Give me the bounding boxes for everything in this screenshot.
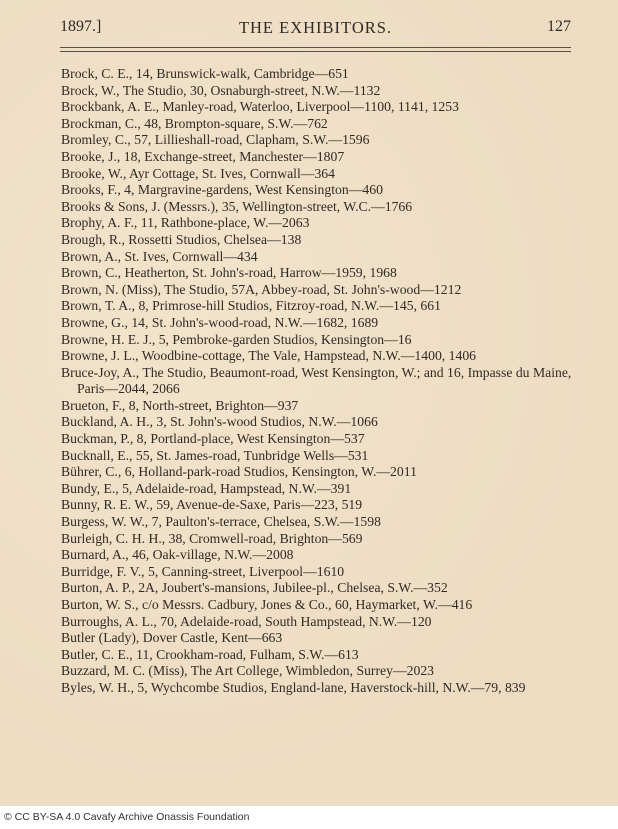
copyright-credit: © CC BY-SA 4.0 Cavafy Archive Onassis Fo… — [4, 811, 249, 823]
list-item: Burton, W. S., c/o Messrs. Cadbury, Jone… — [61, 597, 573, 614]
list-item: Brueton, F., 8, North-street, Brighton—9… — [61, 398, 573, 415]
list-item: Burroughs, A. L., 70, Adelaide-road, Sou… — [61, 614, 573, 631]
list-item: Brooks, F., 4, Margravine-gardens, West … — [61, 182, 573, 199]
list-item: Brockman, C., 48, Brompton-square, S.W.—… — [61, 116, 573, 133]
list-item: Byles, W. H., 5, Wychcombe Studios, Engl… — [61, 680, 573, 697]
list-item: Brock, W., The Studio, 30, Osnaburgh-str… — [61, 83, 573, 100]
list-item: Butler (Lady), Dover Castle, Kent—663 — [61, 630, 573, 647]
exhibitor-list: Brock, C. E., 14, Brunswick-walk, Cambri… — [61, 66, 573, 697]
list-item: Burton, A. P., 2A, Joubert's-mansions, J… — [61, 580, 573, 597]
list-item: Buckman, P., 8, Portland-place, West Ken… — [61, 431, 573, 448]
page-title: THE EXHIBITORS. — [60, 18, 571, 38]
list-item: Browne, J. L., Woodbine-cottage, The Val… — [61, 348, 573, 365]
list-item: Brock, C. E., 14, Brunswick-walk, Cambri… — [61, 66, 573, 83]
list-item: Brooke, J., 18, Exchange-street, Manches… — [61, 149, 573, 166]
scanned-page: 1897.] THE EXHIBITORS. 127 Brock, C. E.,… — [0, 0, 618, 806]
header-rule-bottom — [60, 51, 571, 52]
list-item: Brown, C., Heatherton, St. John's-road, … — [61, 265, 573, 282]
list-item: Brooke, W., Ayr Cottage, St. Ives, Cornw… — [61, 166, 573, 183]
list-item: Burridge, F. V., 5, Canning-street, Live… — [61, 564, 573, 581]
list-item: Browne, G., 14, St. John's-wood-road, N.… — [61, 315, 573, 332]
list-item: Brown, T. A., 8, Primrose-hill Studios, … — [61, 298, 573, 315]
list-item: Brough, R., Rossetti Studios, Chelsea—13… — [61, 232, 573, 249]
list-item: Bührer, C., 6, Holland-park-road Studios… — [61, 464, 573, 481]
header-rule-top — [60, 47, 571, 48]
list-item: Butler, C. E., 11, Crookham-road, Fulham… — [61, 647, 573, 664]
page-number: 127 — [547, 18, 571, 36]
list-item: Brophy, A. F., 11, Rathbone-place, W.—20… — [61, 215, 573, 232]
list-item: Browne, H. E. J., 5, Pembroke-garden Stu… — [61, 332, 573, 349]
list-item: Brockbank, A. E., Manley-road, Waterloo,… — [61, 99, 573, 116]
list-item: Bromley, C., 57, Lillieshall-road, Claph… — [61, 132, 573, 149]
list-item: Burleigh, C. H. H., 38, Cromwell-road, B… — [61, 531, 573, 548]
list-item: Brown, A., St. Ives, Cornwall—434 — [61, 249, 573, 266]
list-item: Buzzard, M. C. (Miss), The Art College, … — [61, 663, 573, 680]
list-item: Bundy, E., 5, Adelaide-road, Hampstead, … — [61, 481, 573, 498]
list-item: Bucknall, E., 55, St. James-road, Tunbri… — [61, 448, 573, 465]
list-item: Bruce-Joy, A., The Studio, Beaumont-road… — [61, 365, 573, 398]
list-item: Brown, N. (Miss), The Studio, 57A, Abbey… — [61, 282, 573, 299]
list-item: Buckland, A. H., 3, St. John's-wood Stud… — [61, 414, 573, 431]
list-item: Brooks & Sons, J. (Messrs.), 35, Welling… — [61, 199, 573, 216]
list-item: Bunny, R. E. W., 59, Avenue-de-Saxe, Par… — [61, 497, 573, 514]
list-item: Burgess, W. W., 7, Paulton's-terrace, Ch… — [61, 514, 573, 531]
list-item: Burnard, A., 46, Oak-village, N.W.—2008 — [61, 547, 573, 564]
running-header: 1897.] THE EXHIBITORS. 127 — [60, 16, 571, 40]
